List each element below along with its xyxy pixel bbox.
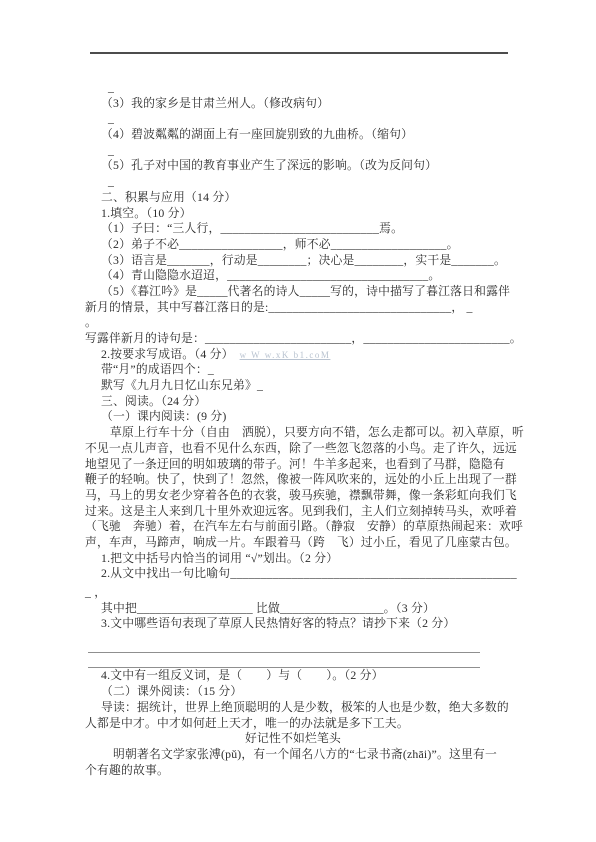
idiom-task-label: 2.按要求写成语。（4 分）	[101, 347, 234, 361]
answer-blank: _	[85, 111, 586, 127]
fill-blank-item-1: （1）子曰：“三人行，__________________________焉。	[85, 221, 586, 237]
passage-title: 好记性不如烂笔头	[85, 731, 586, 747]
extracurricular-reading-heading: （二）课外阅读：（15 分）	[85, 684, 586, 700]
fill-blank-item-4: （4）青山隐隐水迢迢，_____________________________…	[85, 268, 586, 284]
section-2-heading: 二、积累与应用（14 分）	[85, 190, 586, 206]
reading-question-2: 2.从文中找出一句比喻句____________________________…	[85, 566, 586, 582]
question-rhetorical-sentence: （5）孔子对中国的教育事业产生了深远的影响。（改为反问句）	[85, 158, 586, 174]
reading-question-4: 4.文中有一组反义词，是（ ）与（ ）。（2 分）	[85, 668, 586, 684]
passage-line: 声，车声，马蹄声，响成一片。车跟着马（跨 飞）过小丘，看见了几座蒙古包。	[85, 535, 586, 551]
header-rule	[90, 52, 508, 54]
poem-recite-task: 默写《九月九日忆山东兄弟》_	[85, 378, 586, 394]
passage-line: 地望见了一条迂回的明如玻璃的带子。河！牛羊多起来，也看到了马群，隐隐有	[85, 457, 586, 473]
passage-line: 鞭子的轻响。快了，快到了！忽然，像被一阵风吹来的，远处的小丘上出现了一群	[85, 472, 586, 488]
reading-question-3: 3.文中哪些语句表现了草原人民热情好客的特点？请抄下来（2 分）	[85, 616, 586, 632]
in-class-reading-heading: （一）课内阅读：(9 分)	[85, 409, 586, 425]
watermark-text: w W w.xK b1.coM	[240, 350, 331, 360]
story-line: 个有趣的故事。	[85, 763, 586, 779]
answer-line	[88, 637, 480, 653]
exam-content: _ （3）我的家乡是甘肃兰州人。（修改病句） _ （4）碧波粼粼的湖面上有一座回…	[0, 80, 596, 778]
answer-blank: _	[85, 174, 586, 190]
section-3-heading: 三、阅读。（24 分）	[85, 394, 586, 410]
story-line: 明朝著名文学家张溥(pǔ)，有一个闻名八方的“七录书斋(zhāi)”。这里有一	[85, 747, 586, 763]
passage-line: 马，马上的男女老少穿着各色的衣裳，骏马疾驰，襟飘带舞，像一条彩虹向我们飞	[85, 488, 586, 504]
exam-paper-page: _ （3）我的家乡是甘肃兰州人。（修改病句） _ （4）碧波粼粼的湖面上有一座回…	[0, 0, 596, 842]
fill-blank-item-5-period: 。	[85, 315, 586, 331]
guide-intro-line: 导读：据统计，世界上绝顶聪明的人是少数，极笨的人也是少数，绝大多数的	[85, 700, 586, 716]
fill-blank-item-5-continued: 新月的情景，其中写暮江落日的是:________________________…	[85, 300, 586, 316]
question-revise-sentence: （3）我的家乡是甘肃兰州人。（修改病句）	[85, 96, 586, 112]
idiom-task-heading: 2.按要求写成语。（4 分）w W w.xK b1.coM	[85, 347, 586, 363]
reading-question-1: 1.把文中括号内恰当的词用 “√”划出。（2 分）	[85, 551, 586, 567]
fill-blank-item-3: （3）语言是_______，行动是________；决心是________，实干…	[85, 253, 586, 269]
guide-intro-line: 人都是中才。中才如何赶上天才，唯一的办法就是多下工夫。	[85, 716, 586, 732]
answer-blank: _	[85, 80, 586, 96]
answer-blank: _	[85, 143, 586, 159]
question-shorten-sentence: （4）碧波粼粼的湖面上有一座回旋别致的九曲桥。（缩句）	[85, 127, 586, 143]
passage-line: （飞驰 奔驰）着，在汽车左右与前面引路。（静寂 安静）的草原热闹起来：欢呼	[85, 519, 586, 535]
passage-line: 过来。这是主人来到几十里外欢迎远客。见到我们，主人们立刻掉转马头，欢呼着	[85, 504, 586, 520]
answer-line	[88, 653, 480, 669]
fill-blank-item-5-second-blank: 写露伴新月的诗句是：________________________，_____…	[85, 331, 586, 347]
fill-blank-item-5: （5）《暮江吟》是_____代著名的诗人_____写的，诗中描写了暮江落日和露伴	[85, 284, 586, 300]
fill-in-blanks-heading: 1.填空。（10 分）	[85, 206, 586, 222]
reading-question-2-compare: 其中把___________________ 比做_______________…	[85, 601, 586, 617]
passage-line: 草原上行车十分（自由 洒脱），只要方向不错，怎么走都可以。初入草原，听	[85, 425, 586, 441]
passage-line: 不见一点儿声音，也看不见什么东西，除了一些忽飞忽落的小鸟。走了许久，远远	[85, 441, 586, 457]
fill-blank-item-2: （2）弟子不必_________________，师不必____________…	[85, 237, 586, 253]
reading-question-2-continued: _ ，	[85, 585, 586, 601]
idiom-moon-task: 带“月”的成语四个：_	[85, 362, 586, 378]
